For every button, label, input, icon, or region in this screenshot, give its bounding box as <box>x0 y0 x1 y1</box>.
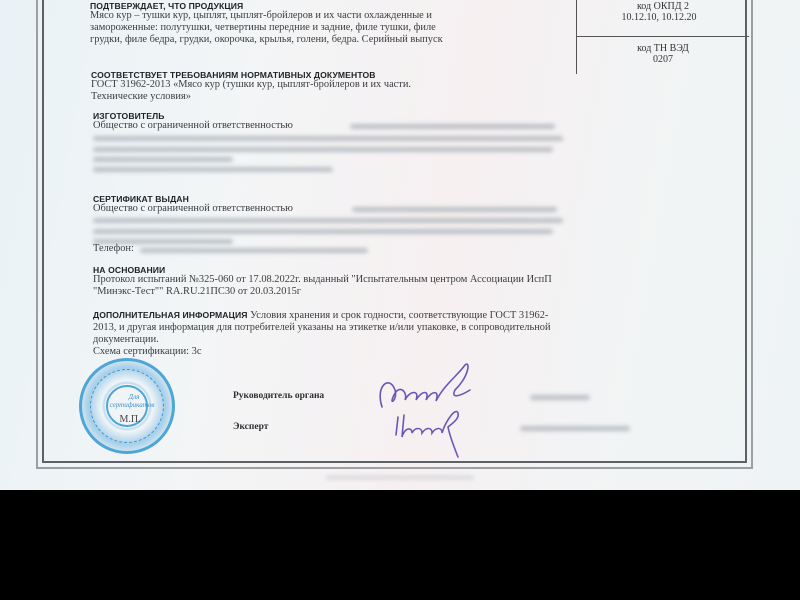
additional-info: ДОПОЛНИТЕЛЬНАЯ ИНФОРМАЦИЯ Условия хранен… <box>93 309 713 358</box>
issued-to-redacted <box>93 218 563 223</box>
stamp-text: Для <box>86 394 182 401</box>
additional-line: 2013, и другая информация для потребител… <box>93 322 713 334</box>
certificate-sheet: ПОДТВЕРЖДАЕТ, ЧТО ПРОДУКЦИЯ Мясо кур – т… <box>0 0 800 490</box>
okpd-label: код ОКПД 2 <box>577 1 749 12</box>
standards-text: ГОСТ 31962-2013 «Мясо кур (тушки кур, цы… <box>91 79 571 103</box>
manufacturer-redacted <box>93 136 563 141</box>
product-line: Мясо кур – тушки кур, цыплят, цыплят-бро… <box>90 10 570 22</box>
product-line: грудки, филе бедра, грудки, окорочка, кр… <box>90 34 570 46</box>
codes-box: код ОКПД 2 10.12.10, 10.12.20 код ТН ВЭД… <box>576 0 749 74</box>
issued-to-redacted <box>93 229 553 234</box>
additional-heading: ДОПОЛНИТЕЛЬНАЯ ИНФОРМАЦИЯ <box>93 310 248 320</box>
codes-separator <box>577 36 749 37</box>
additional-line: документации. <box>93 334 713 346</box>
manufacturer-redacted <box>93 147 553 152</box>
basis-text: Протокол испытаний №325-060 от 17.08.202… <box>93 274 713 298</box>
manufacturer-redacted <box>93 157 233 162</box>
phone-label: Телефон: <box>93 243 134 255</box>
expert-name-redacted <box>520 426 630 431</box>
manufacturer-redacted <box>93 167 333 172</box>
signature-expert <box>390 405 480 465</box>
basis-line: Протокол испытаний №325-060 от 17.08.202… <box>93 274 713 286</box>
okpd-value: 10.12.10, 10.12.20 <box>569 12 749 23</box>
head-of-body-label: Руководитель органа <box>233 391 324 401</box>
product-description: Мясо кур – тушки кур, цыплят, цыплят-бро… <box>90 10 570 46</box>
product-line: замороженные: полутушки, четвертины пере… <box>90 22 570 34</box>
phone-redacted <box>140 248 368 253</box>
head-name-redacted <box>530 395 590 400</box>
standards-line: ГОСТ 31962-2013 «Мясо кур (тушки кур, цы… <box>91 79 571 91</box>
expert-label: Эксперт <box>233 422 268 432</box>
issued-to-redacted <box>352 207 557 212</box>
additional-first-line: Условия хранения и срок годности, соотве… <box>250 310 548 321</box>
issued-to-prefix: Общество с ограниченной ответственностью <box>93 203 293 215</box>
tnved-value: 0207 <box>577 54 749 65</box>
printer-imprint <box>326 476 474 479</box>
official-stamp: Для сертификатов М.П. <box>79 358 175 454</box>
standards-line: Технические условия» <box>91 91 571 103</box>
manufacturer-prefix: Общество с ограниченной ответственностью <box>93 120 293 132</box>
tnved-label: код ТН ВЭД <box>577 43 749 54</box>
manufacturer-redacted <box>350 124 555 129</box>
basis-line: "Минэкс-Тест"" RA.RU.21ПС30 от 20.03.201… <box>93 286 713 298</box>
stamp-mp: М.П. <box>82 414 178 425</box>
stamp-text: сертификатов <box>84 402 180 409</box>
